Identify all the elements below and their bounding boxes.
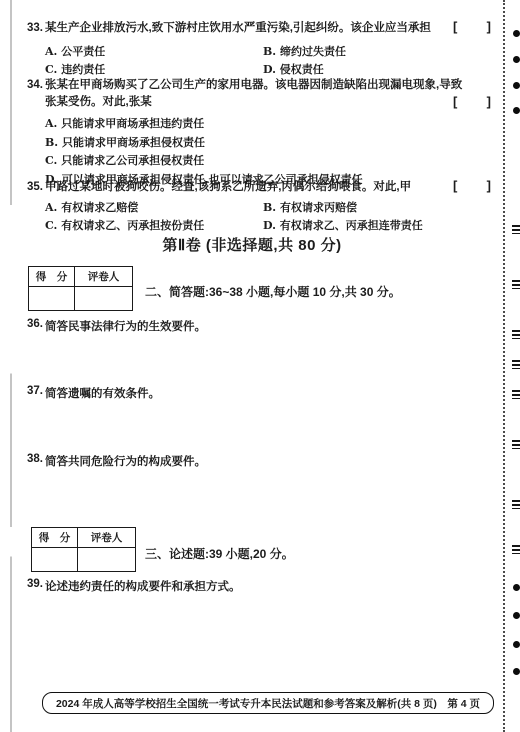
question-text: 论述违约责任的构成要件和承担方式。 [45, 581, 241, 593]
question-text: 甲路过某地时被狗咬伤。经查,该狗系乙所遗弃,丙偶尔给狗喂食。对此,甲 [45, 181, 411, 193]
option-row: A. 有权请求乙赔偿 B. 有权请求丙赔偿 [45, 199, 470, 217]
question-33-options: A. 公平责任 B. 缔约过失责任 C. 违约责任 D. 侵权责任 [27, 43, 470, 79]
question-37: 37.简答遗嘱的有效条件。 [27, 385, 160, 401]
torn-edge-glyph-fragment [512, 545, 520, 554]
question-34: 34.张某在甲商场购买了乙公司生产的家用电器。该电器因制造缺陷出现漏电现象,导致… [27, 77, 470, 189]
grader-label: 评卷人 [78, 528, 135, 548]
grader-label: 评卷人 [75, 267, 132, 287]
score-label: 得 分 [32, 528, 78, 548]
question-39: 39.论述违约责任的构成要件和承担方式。 [27, 578, 241, 594]
question-38: 38.简答共同危险行为的构成要件。 [27, 453, 206, 469]
torn-edge-dot [513, 107, 520, 114]
exam-paper-page: 33.某生产企业排放污水,致下游村庄饮用水严重污染,引起纠纷。该企业应当承担 A… [0, 0, 520, 732]
score-label: 得 分 [29, 267, 75, 287]
torn-edge-glyph-fragment [512, 440, 520, 449]
perforation-line [503, 0, 505, 732]
bracket-open: [ [453, 94, 457, 109]
bracket-close: ] [487, 94, 491, 109]
torn-edge-glyph-fragment [512, 330, 520, 339]
question-number: 33. [27, 20, 43, 37]
torn-edge-dot [513, 82, 520, 89]
bracket-close: ] [487, 178, 491, 193]
grader-empty-cell [75, 287, 132, 310]
part2-title: 第Ⅱ卷 (非选择题,共 80 分) [0, 234, 504, 255]
option-c: C. 只能请求乙公司承担侵权责任 [45, 152, 470, 171]
question-35-stem: 35.甲路过某地时被狗咬伤。经查,该狗系乙所遗弃,丙偶尔给狗喂食。对此,甲 [27, 179, 470, 196]
option-b: B. 只能请求甲商场承担侵权责任 [45, 134, 470, 153]
torn-edge-dot [513, 612, 520, 619]
question-33-stem: 33.某生产企业排放污水,致下游村庄饮用水严重污染,引起纠纷。该企业应当承担 [27, 20, 470, 37]
question-text: 张某在甲商场购买了乙公司生产的家用电器。该电器因制造缺陷出现漏电现象,导致张某受… [45, 79, 462, 108]
option-d: D. 有权请求乙、丙承担连带责任 [263, 217, 470, 235]
scanned-exam-page: { "paper": { "part2_title": "第Ⅱ卷 (非选择题,共… [0, 0, 520, 732]
grading-box-section3: 得 分 评卷人 [31, 527, 136, 572]
torn-edge-dot [513, 56, 520, 63]
grading-box-section2: 得 分 评卷人 [28, 266, 133, 311]
torn-edge-dot [513, 641, 520, 648]
option-b: B. 缔约过失责任 [263, 43, 470, 61]
question-number: 37. [27, 385, 43, 397]
question-number: 38. [27, 453, 43, 465]
grader-empty-cell [78, 548, 135, 571]
question-text: 简答共同危险行为的构成要件。 [45, 456, 206, 468]
section3-heading: 三、论述题:39 小题,20 分。 [145, 545, 294, 562]
bracket-open: [ [453, 178, 457, 193]
option-a: A. 公平责任 [45, 43, 263, 61]
torn-edge-glyph-fragment [512, 225, 520, 234]
question-number: 34. [27, 77, 43, 94]
option-a: A. 只能请求甲商场承担违约责任 [45, 115, 470, 134]
torn-edge-glyph-fragment [512, 390, 520, 399]
torn-edge-glyph-fragment [512, 500, 520, 509]
torn-edge-glyph-fragment [512, 280, 520, 289]
question-34-options: A. 只能请求甲商场承担违约责任 B. 只能请求甲商场承担侵权责任 C. 只能请… [27, 115, 470, 189]
page-footer: 2024 年成人高等学校招生全国统一考试专升本民法试题和参考答案及解析(共 8 … [42, 692, 494, 714]
option-c: C. 有权请求乙、丙承担按份责任 [45, 217, 263, 235]
footer-text: 2024 年成人高等学校招生全国统一考试专升本民法试题和参考答案及解析(共 8 … [56, 696, 480, 711]
scan-crease-line [10, 0, 12, 732]
question-number: 39. [27, 578, 43, 590]
torn-edge-glyph-fragment [512, 360, 520, 369]
option-b: B. 有权请求丙赔偿 [263, 199, 470, 217]
bracket-open: [ [453, 19, 457, 34]
question-34-stem: 34.张某在甲商场购买了乙公司生产的家用电器。该电器因制造缺陷出现漏电现象,导致… [27, 77, 470, 111]
torn-edge-dot [513, 668, 520, 675]
question-36: 36.简答民事法律行为的生效要件。 [27, 318, 206, 334]
question-text: 某生产企业排放污水,致下游村庄饮用水严重污染,引起纠纷。该企业应当承担 [45, 22, 431, 34]
option-a: A. 有权请求乙赔偿 [45, 199, 263, 217]
question-text: 简答遗嘱的有效条件。 [45, 388, 160, 400]
torn-edge-dot [513, 584, 520, 591]
bracket-close: ] [487, 19, 491, 34]
question-33: 33.某生产企业排放污水,致下游村庄饮用水严重污染,引起纠纷。该企业应当承担 A… [27, 20, 470, 79]
question-35-options: A. 有权请求乙赔偿 B. 有权请求丙赔偿 C. 有权请求乙、丙承担按份责任 D… [27, 199, 470, 235]
section2-heading: 二、简答题:36~38 小题,每小题 10 分,共 30 分。 [145, 283, 401, 300]
score-empty-cell [29, 287, 75, 310]
option-row: A. 公平责任 B. 缔约过失责任 [45, 43, 470, 61]
question-number: 36. [27, 318, 43, 330]
answer-bracket-34: [ ] [453, 94, 491, 109]
question-text: 简答民事法律行为的生效要件。 [45, 321, 206, 333]
question-number: 35. [27, 179, 43, 196]
answer-bracket-33: [ ] [453, 19, 491, 34]
option-row: C. 有权请求乙、丙承担按份责任 D. 有权请求乙、丙承担连带责任 [45, 217, 470, 235]
torn-edge-dot [513, 30, 520, 37]
answer-bracket-35: [ ] [453, 178, 491, 193]
question-35: 35.甲路过某地时被狗咬伤。经查,该狗系乙所遗弃,丙偶尔给狗喂食。对此,甲 A.… [27, 179, 470, 235]
score-empty-cell [32, 548, 78, 571]
